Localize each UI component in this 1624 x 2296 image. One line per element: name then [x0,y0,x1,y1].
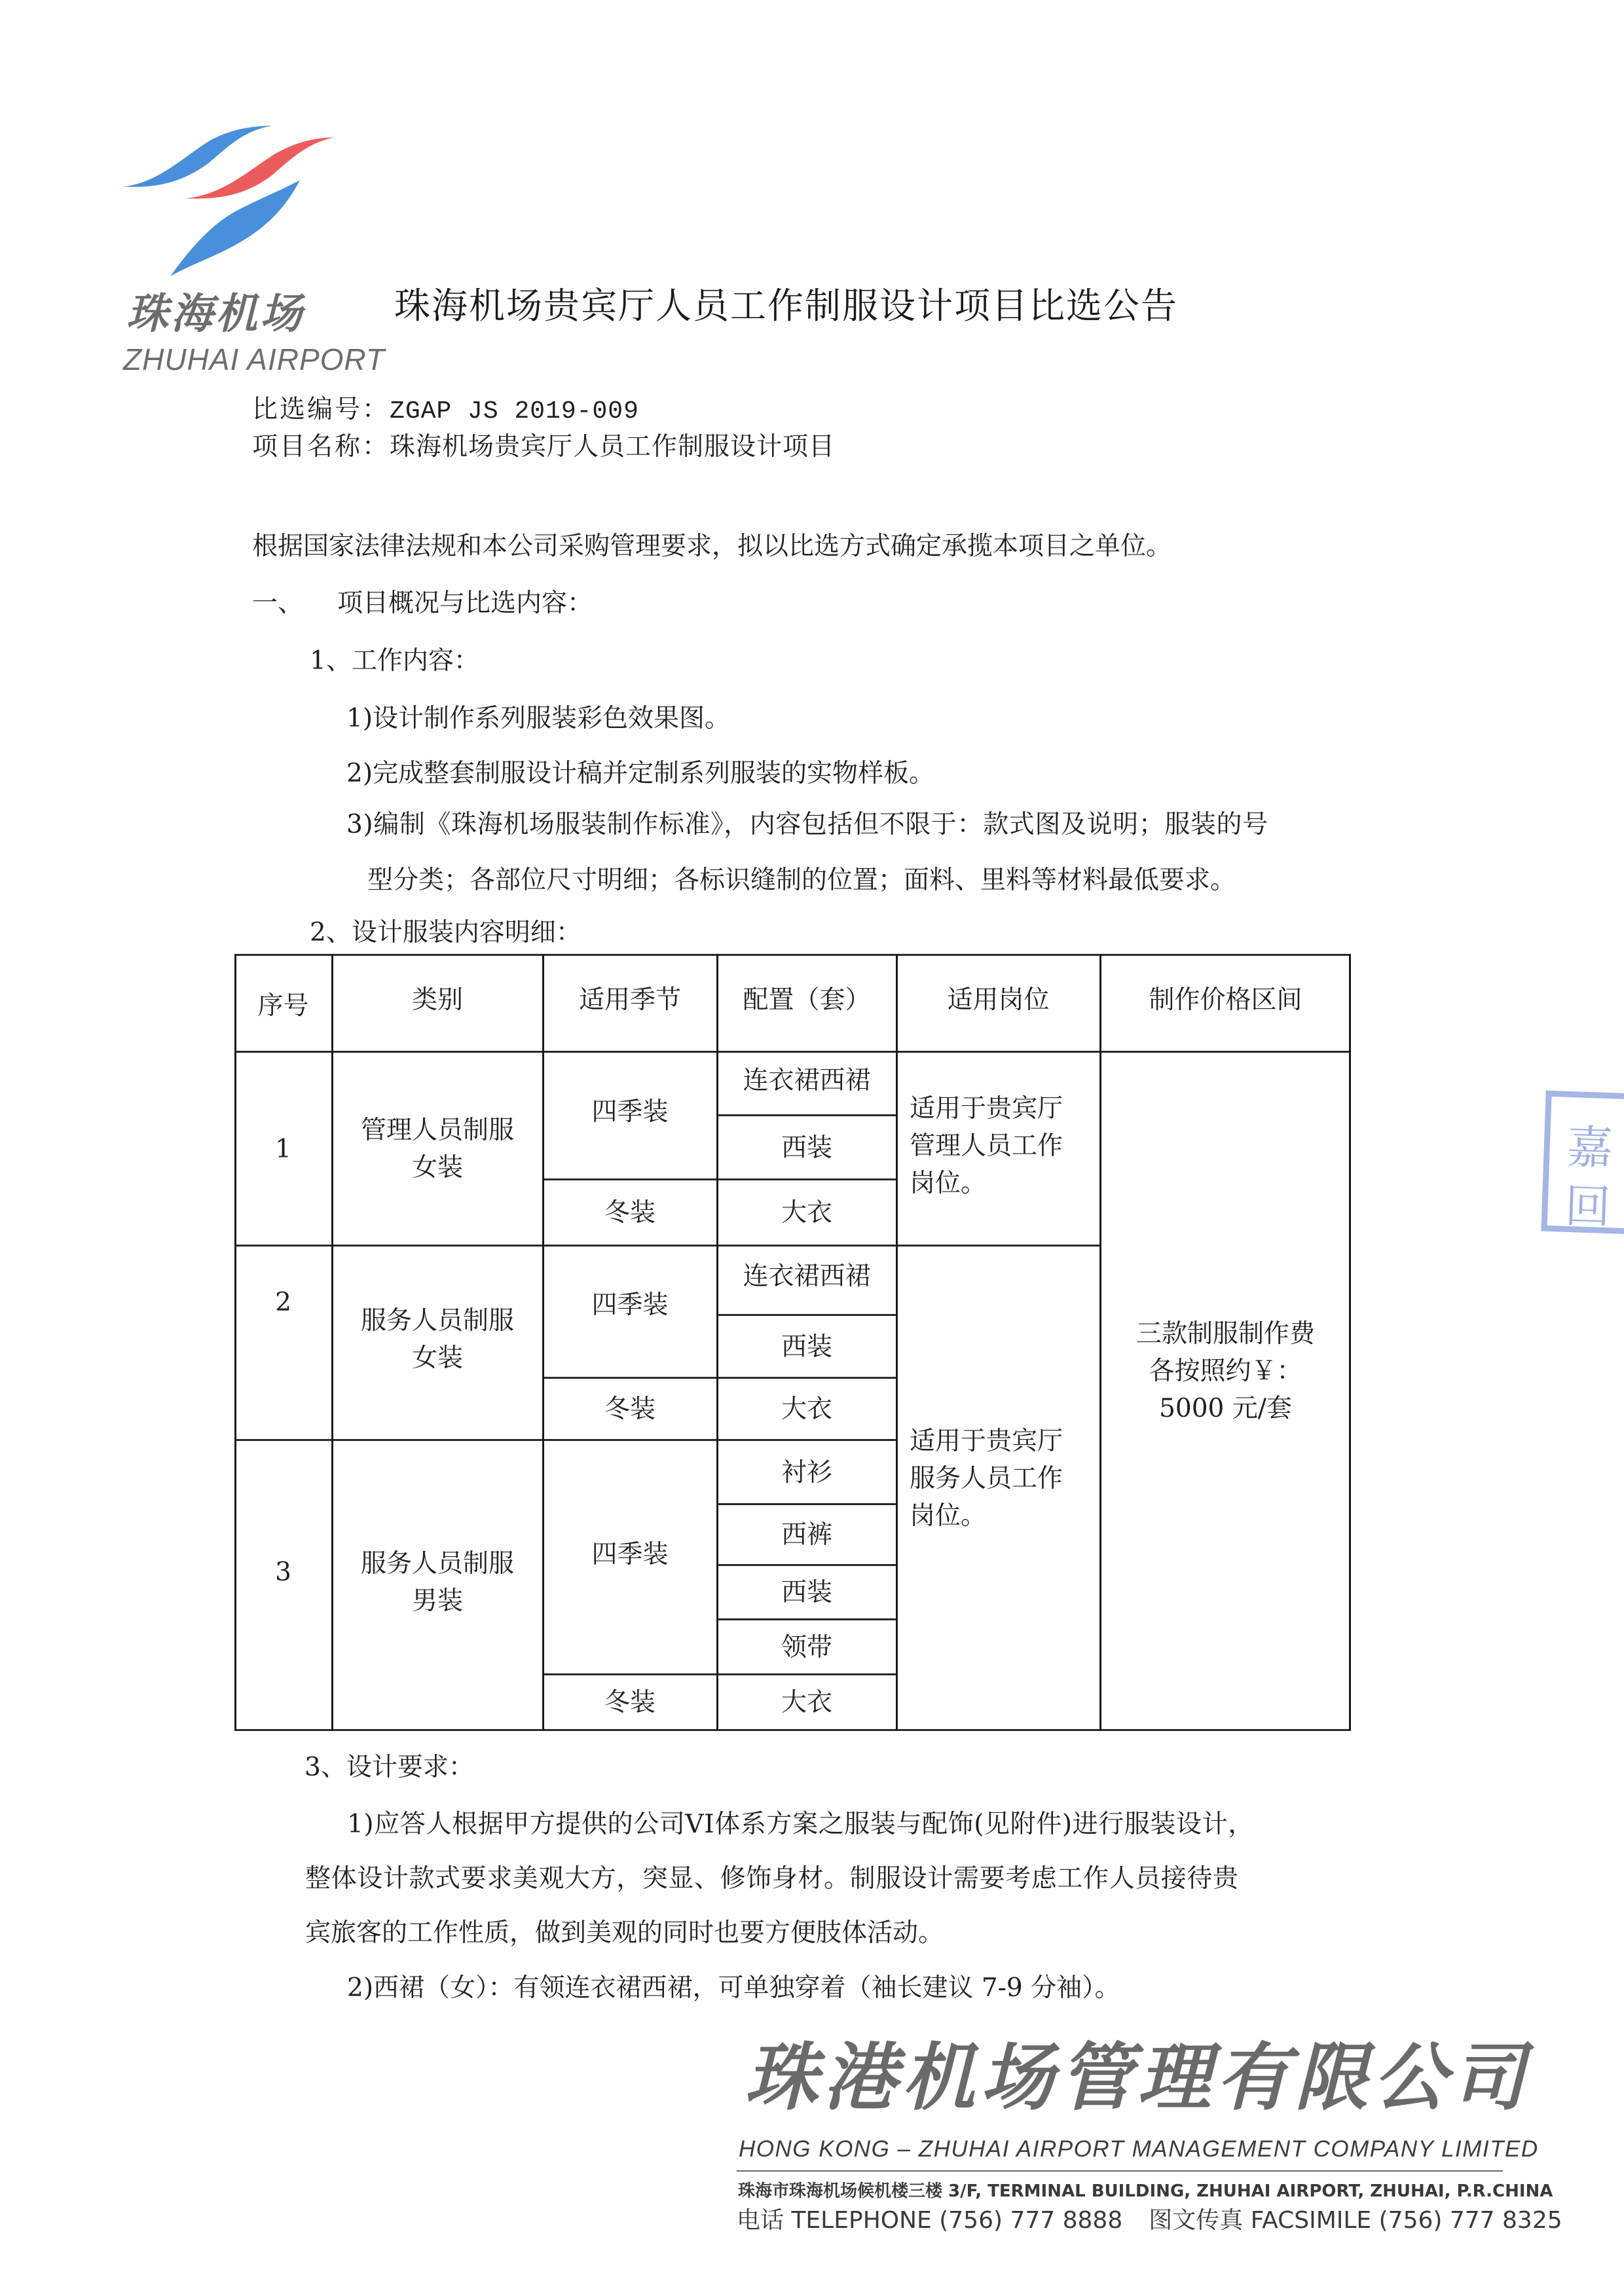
row-3-item-trousers: 西裤 [717,1504,896,1565]
zhuhai-airport-logo [98,105,360,380]
header-divider [234,1051,1351,1053]
row-2-item-dress: 连衣裙西裙 [717,1246,896,1315]
design-line-3: 宾旅客的工作性质，做到美观的同时也要方便肢体活动。 [305,1920,944,1946]
logo-english-text: ZHUHAI AIRPORT [123,344,385,374]
row-3-item-shirt: 衬衫 [717,1440,896,1504]
row-2-category: 服务人员制服 女装 [332,1246,543,1440]
header-position: 适用岗位 [896,954,1100,1052]
header-category: 类别 [332,954,543,1052]
header-price: 制作价格区间 [1100,954,1351,1052]
row-1-no: 1 [234,1052,332,1246]
row-1-item-coat: 大衣 [717,1180,896,1246]
detail-heading: 2、设计服装内容明细： [310,920,581,945]
row-1-season-allyear: 四季装 [543,1052,717,1180]
project-name-value: 珠海机场贵宾厅人员工作制服设计项目 [390,432,835,462]
row-1-season-winter: 冬装 [543,1180,717,1246]
price-line-1: 三款制服制作费 [1136,1315,1315,1353]
row-2-category-line-2: 女装 [412,1339,463,1377]
rows-2-3-position: 适用于贵宾厅 服务人员工作 岗位。 [896,1246,1100,1730]
table-border-right [1349,954,1351,1730]
row-1-item-dress: 连衣裙西裙 [717,1052,896,1116]
uniform-spec-table: 序号 类别 适用季节 配置（套） 适用岗位 制作价格区间 1 管理人员制服 女装… [234,954,1351,1730]
header-no: 序号 [234,954,332,1052]
stamp-char-2: 回 [1564,1169,1612,1237]
row-1-item-suit: 西装 [717,1116,896,1180]
row-3-item-coat: 大衣 [717,1675,896,1730]
col-divider [896,954,898,1730]
item-divider [717,1314,896,1316]
work-item-2: 2)完成整套制服设计稿并定制系列服装的实物样板。 [346,761,934,786]
row-2-season-winter: 冬装 [543,1378,717,1440]
row-1-category-line-1: 管理人员制服 [361,1112,514,1149]
row-3-category-line-2: 男装 [412,1582,463,1620]
row-2-category-line-1: 服务人员制服 [361,1302,514,1339]
table-border-left [234,954,236,1730]
company-address: 珠海市珠海机场候机楼三楼 3/F, TERMINAL BUILDING, ZHU… [738,2183,1553,2200]
work-item-3-continued: 型分类；各部位尺寸明细；各标识缝制的位置；面料、里料等材料最低要求。 [367,867,1236,893]
price-line-3: 5000 元/套 [1159,1390,1292,1427]
position-1-line-2: 管理人员工作 [910,1127,1063,1165]
row-1-category-line-2: 女装 [412,1149,463,1186]
bid-number-value: ZGAP JS 2019-009 [390,397,639,426]
intro-paragraph: 根据国家法律法规和本公司采购管理要求，拟以比选方式确定承揽本项目之单位。 [252,534,1172,559]
design-line-2: 整体设计款式要求美观大方，突显、修饰身材。制服设计需要考虑工作人员接待贵 [305,1866,1239,1891]
section-1-title: 项目概况与比选内容： [337,589,593,618]
partial-seal-stamp: 嘉 回 [1541,1091,1624,1235]
price-line-2: 各按照约￥： [1149,1353,1302,1390]
bid-number-row: 比选编号：ZGAP JS 2019-009 [252,397,639,424]
header-config: 配置（套） [717,954,896,1052]
row-3-season-divider [543,1673,896,1675]
price-range-cell: 三款制服制作费 各按照约￥： 5000 元/套 [1100,1052,1351,1730]
row-2-item-coat: 大衣 [717,1378,896,1440]
design-line-4: 2)西裙（女）：有领连衣裙西裙，可单独穿着（袖长建议 7-9 分袖）。 [347,1975,1120,2001]
table-border-top [234,954,1351,956]
row-2-no: 2 [234,1246,332,1440]
work-content-heading: 1、工作内容： [310,648,479,674]
work-item-3: 3)编制《珠海机场服装制作标准》，内容包括但不限于：款式图及说明；服装的号 [346,812,1268,837]
position-1-line-3: 岗位。 [910,1165,986,1202]
row-1-divider [234,1245,1100,1247]
row-1-position: 适用于贵宾厅 管理人员工作 岗位。 [896,1052,1100,1246]
position-2-line-1: 适用于贵宾厅 [910,1423,1063,1460]
row-3-season-winter: 冬装 [543,1675,717,1730]
row-2-season-allyear: 四季装 [543,1246,717,1378]
row-2-item-suit: 西装 [717,1315,896,1378]
company-name-chinese: 珠港机场管理有限公司 [745,2041,1530,2115]
company-name-english: HONG KONG – ZHUHAI AIRPORT MANAGEMENT CO… [739,2138,1539,2160]
stamp-char-1: 嘉 [1566,1110,1614,1178]
company-contact: 电话 TELEPHONE (756) 777 8888图文传真 FACSIMIL… [737,2209,1562,2232]
row-3-item-suit: 西装 [717,1565,896,1620]
document-title: 珠海机场贵宾厅人员工作制服设计项目比选公告 [394,288,1178,324]
col-divider [331,954,333,1730]
company-fax: 图文传真 FACSIMILE (756) 777 8325 [1149,2207,1562,2234]
col-divider [542,954,544,1730]
item-divider [717,1564,896,1566]
design-line-1: 1)应答人根据甲方提供的公司VI体系方案之服装与配饰(见附件)进行服装设计， [347,1812,1254,1837]
position-2-line-3: 岗位。 [910,1497,986,1535]
item-divider [717,1503,896,1505]
bid-number-label: 比选编号： [252,395,390,424]
row-1-season-divider [543,1178,896,1180]
section-1-heading: 一、项目概况与比选内容： [252,591,593,616]
row-3-item-tie: 领带 [717,1620,896,1675]
row-1-category: 管理人员制服 女装 [332,1052,543,1246]
item-divider [717,1618,896,1620]
company-telephone: 电话 TELEPHONE (756) 777 8888 [737,2207,1122,2234]
logo-chinese-text: 珠海机场 [126,293,304,335]
row-3-season-allyear: 四季装 [543,1440,717,1675]
col-divider [716,954,718,1730]
position-1-line-1: 适用于贵宾厅 [910,1090,1063,1127]
project-name-label: 项目名称： [252,432,390,462]
item-divider [717,1114,896,1116]
row-3-no: 3 [234,1440,332,1730]
row-3-category: 服务人员制服 男装 [332,1440,543,1730]
design-heading: 3、设计要求： [304,1755,474,1780]
work-item-1: 1)设计制作系列服装彩色效果图。 [346,706,730,731]
section-1-number: 一、 [252,589,303,618]
row-3-category-line-1: 服务人员制服 [361,1545,514,1582]
header-season: 适用季节 [543,954,717,1052]
airport-wing-logo-icon [98,105,360,301]
project-name-row: 项目名称：珠海机场贵宾厅人员工作制服设计项目 [252,434,835,460]
row-2-season-divider [543,1377,896,1379]
col-divider [1099,954,1101,1730]
row-2-divider [234,1439,896,1441]
table-border-bottom [234,1729,1351,1731]
footer-divider [737,2170,1503,2172]
position-2-line-2: 服务人员工作 [910,1460,1063,1497]
